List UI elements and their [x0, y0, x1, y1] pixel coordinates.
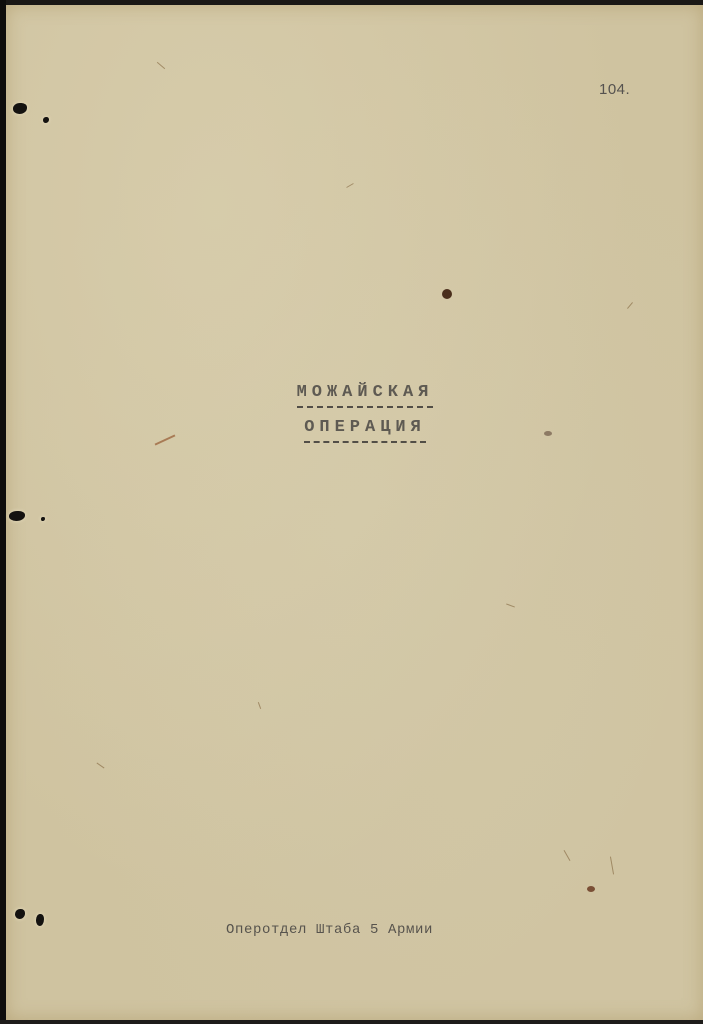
- stain-spot: [544, 431, 552, 436]
- binding-hole-icon: [43, 117, 49, 123]
- paper-fiber: [627, 302, 633, 309]
- footer-issuer: Оперотдел Штаба 5 Армии: [226, 922, 433, 938]
- binding-hole-icon: [36, 914, 44, 926]
- document-page: 104. МОЖАЙСКАЯ ОПЕРАЦИЯ Оперотдел Штаба …: [6, 5, 703, 1020]
- paper-fiber: [258, 702, 261, 709]
- paper-fiber: [506, 603, 515, 607]
- page-number: 104.: [599, 81, 630, 98]
- paper-fiber: [97, 763, 105, 769]
- binding-hole-icon: [13, 103, 27, 114]
- paper-fiber: [157, 62, 165, 69]
- binding-hole-icon: [9, 511, 25, 521]
- ink-spot: [442, 289, 452, 299]
- scan-bottom-edge: [0, 1020, 703, 1024]
- binding-hole-icon: [15, 909, 25, 919]
- paper-fiber: [155, 434, 176, 445]
- paper-fiber: [610, 857, 614, 875]
- binding-hole-icon: [41, 517, 45, 521]
- stain-spot: [587, 886, 595, 892]
- paper-fiber: [346, 183, 353, 188]
- title-block: МОЖАЙСКАЯ ОПЕРАЦИЯ: [270, 383, 460, 443]
- paper-fiber: [564, 850, 571, 861]
- title-line-2: ОПЕРАЦИЯ: [304, 418, 426, 443]
- title-line-1: МОЖАЙСКАЯ: [297, 383, 434, 408]
